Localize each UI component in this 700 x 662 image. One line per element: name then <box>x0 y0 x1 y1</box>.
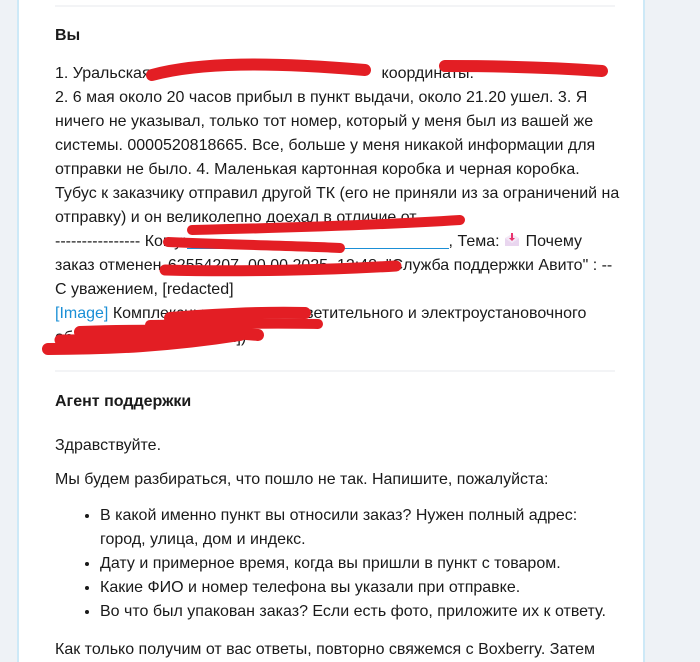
signature: С уважением, [redacted] <box>55 281 234 298</box>
message-divider <box>55 5 615 7</box>
details-text: 2. 6 мая около 20 часов прибыл в пункт в… <box>55 89 619 226</box>
agent-message: Агент поддержки Здравствуйте. Мы будем р… <box>55 392 620 662</box>
question-item: Какие ФИО и номер телефона вы указали пр… <box>100 576 620 600</box>
image-attachment-link[interactable]: [Image] <box>55 305 108 322</box>
user-message: Вы 1. Уральская координаты: 2. 6 мая око… <box>55 26 620 350</box>
question-item: Во что был упакован заказ? Если есть фот… <box>100 600 620 624</box>
envelope-download-icon <box>504 233 520 247</box>
address-line: 1. Уральская <box>55 65 151 82</box>
questions-list: В какой именно пункт вы относили заказ? … <box>55 504 620 624</box>
closing-text: Как только получим от вас ответы, повтор… <box>55 638 620 662</box>
forward-subject-label: , Тема: <box>449 233 500 250</box>
message-body: 1. Уральская координаты: 2. 6 мая около … <box>55 62 620 350</box>
message-author: Вы <box>55 26 620 46</box>
question-item: В какой именно пункт вы относили заказ? … <box>100 504 620 552</box>
message-author: Агент поддержки <box>55 392 620 412</box>
forward-recipient-link[interactable] <box>187 234 449 249</box>
coordinates-label: координаты: <box>382 65 474 82</box>
question-item: Дату и примерное время, когда вы пришли … <box>100 552 620 576</box>
greeting: Здравствуйте. <box>55 434 620 458</box>
image-caption: Комплексные поставки осветительного и эл… <box>55 305 586 346</box>
chat-thread-card: Вы 1. Уральская координаты: 2. 6 мая око… <box>17 0 645 662</box>
forward-order-meta: 62554207, 00.00.2025, 12:48, "Служба под… <box>168 257 612 274</box>
forward-prefix: ---------------- Кому: <box>55 233 187 250</box>
intro-text: Мы будем разбираться, что пошло не так. … <box>55 468 620 492</box>
message-divider <box>55 370 615 372</box>
